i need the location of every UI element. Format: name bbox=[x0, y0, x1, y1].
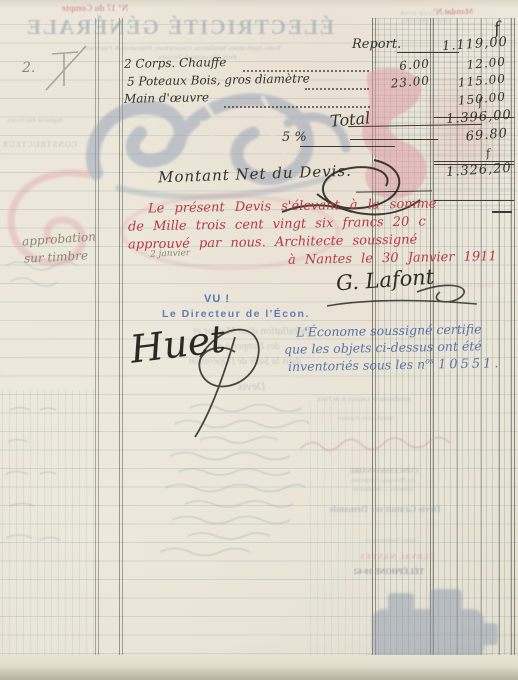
architect-signature-flourish bbox=[322, 272, 482, 312]
ghost-company-title: ÉLECTRICITÉ GÉNÉRALE bbox=[36, 15, 334, 40]
francs-symbol-low: f bbox=[485, 147, 491, 161]
approval-line4: à Nantes le 30 Janvier 1911 bbox=[288, 249, 497, 268]
item-amount-2: 115.00 bbox=[449, 72, 506, 91]
ghost-constructor-title: CONSTRUCTEUR bbox=[3, 140, 77, 149]
item-desc-1: 2 Corps. Chauffe bbox=[124, 55, 227, 71]
total-label: Total bbox=[329, 108, 371, 130]
ghost-compte-number: N° 17 du Compte bbox=[50, 3, 140, 13]
econome-stamp-line1: L'Économe soussigné certifie bbox=[296, 321, 482, 339]
econome-stamp-line3-text: inventoriés sous les n bbox=[288, 357, 425, 374]
econome-stamp-line3-sup: os bbox=[425, 356, 434, 365]
ghost-city-line: DERVAL NANTES bbox=[346, 552, 448, 561]
report-label: Report. bbox=[352, 37, 401, 52]
net-total-rule bbox=[434, 200, 514, 201]
scanned-document: N° 17 du Compte Mandat N° ÉLECTRICITÉ GÉ… bbox=[0, 0, 518, 680]
leader-dots-row2 bbox=[305, 88, 369, 90]
column-rule bbox=[514, 18, 515, 655]
leader-dots-row3 bbox=[224, 106, 370, 108]
net-closing-dash bbox=[492, 211, 512, 213]
ghost-medal-line2: Exposition PARIS 1900 bbox=[388, 19, 466, 24]
econome-stamp-line2: que les objets ci-dessus ont été bbox=[284, 338, 482, 356]
inventory-number: 10551. bbox=[438, 356, 502, 372]
ghost-medal-line1: MÉDAILLE D'OR bbox=[388, 11, 466, 17]
vu-stamp: VU ! bbox=[204, 293, 230, 305]
ghost-engineer-title: Ingénieur-Électricien bbox=[4, 117, 66, 124]
pencil-date-note: 2 janvier bbox=[150, 248, 190, 259]
pencil-corner-strokes bbox=[18, 40, 88, 95]
total-underline bbox=[350, 139, 438, 140]
director-signature-flourish bbox=[140, 312, 280, 442]
ghost-phone-line: TÉLÉPHONE 10-62 bbox=[330, 567, 448, 576]
ghost-motor-image bbox=[358, 583, 508, 673]
item-desc-3: Main d'œuvre bbox=[124, 90, 209, 105]
item-amount-1: 12.00 bbox=[449, 55, 506, 74]
discount-amount: 69.80 bbox=[459, 126, 508, 145]
econome-stamp-line3: inventoriés sous les nos 10551. bbox=[288, 355, 502, 375]
